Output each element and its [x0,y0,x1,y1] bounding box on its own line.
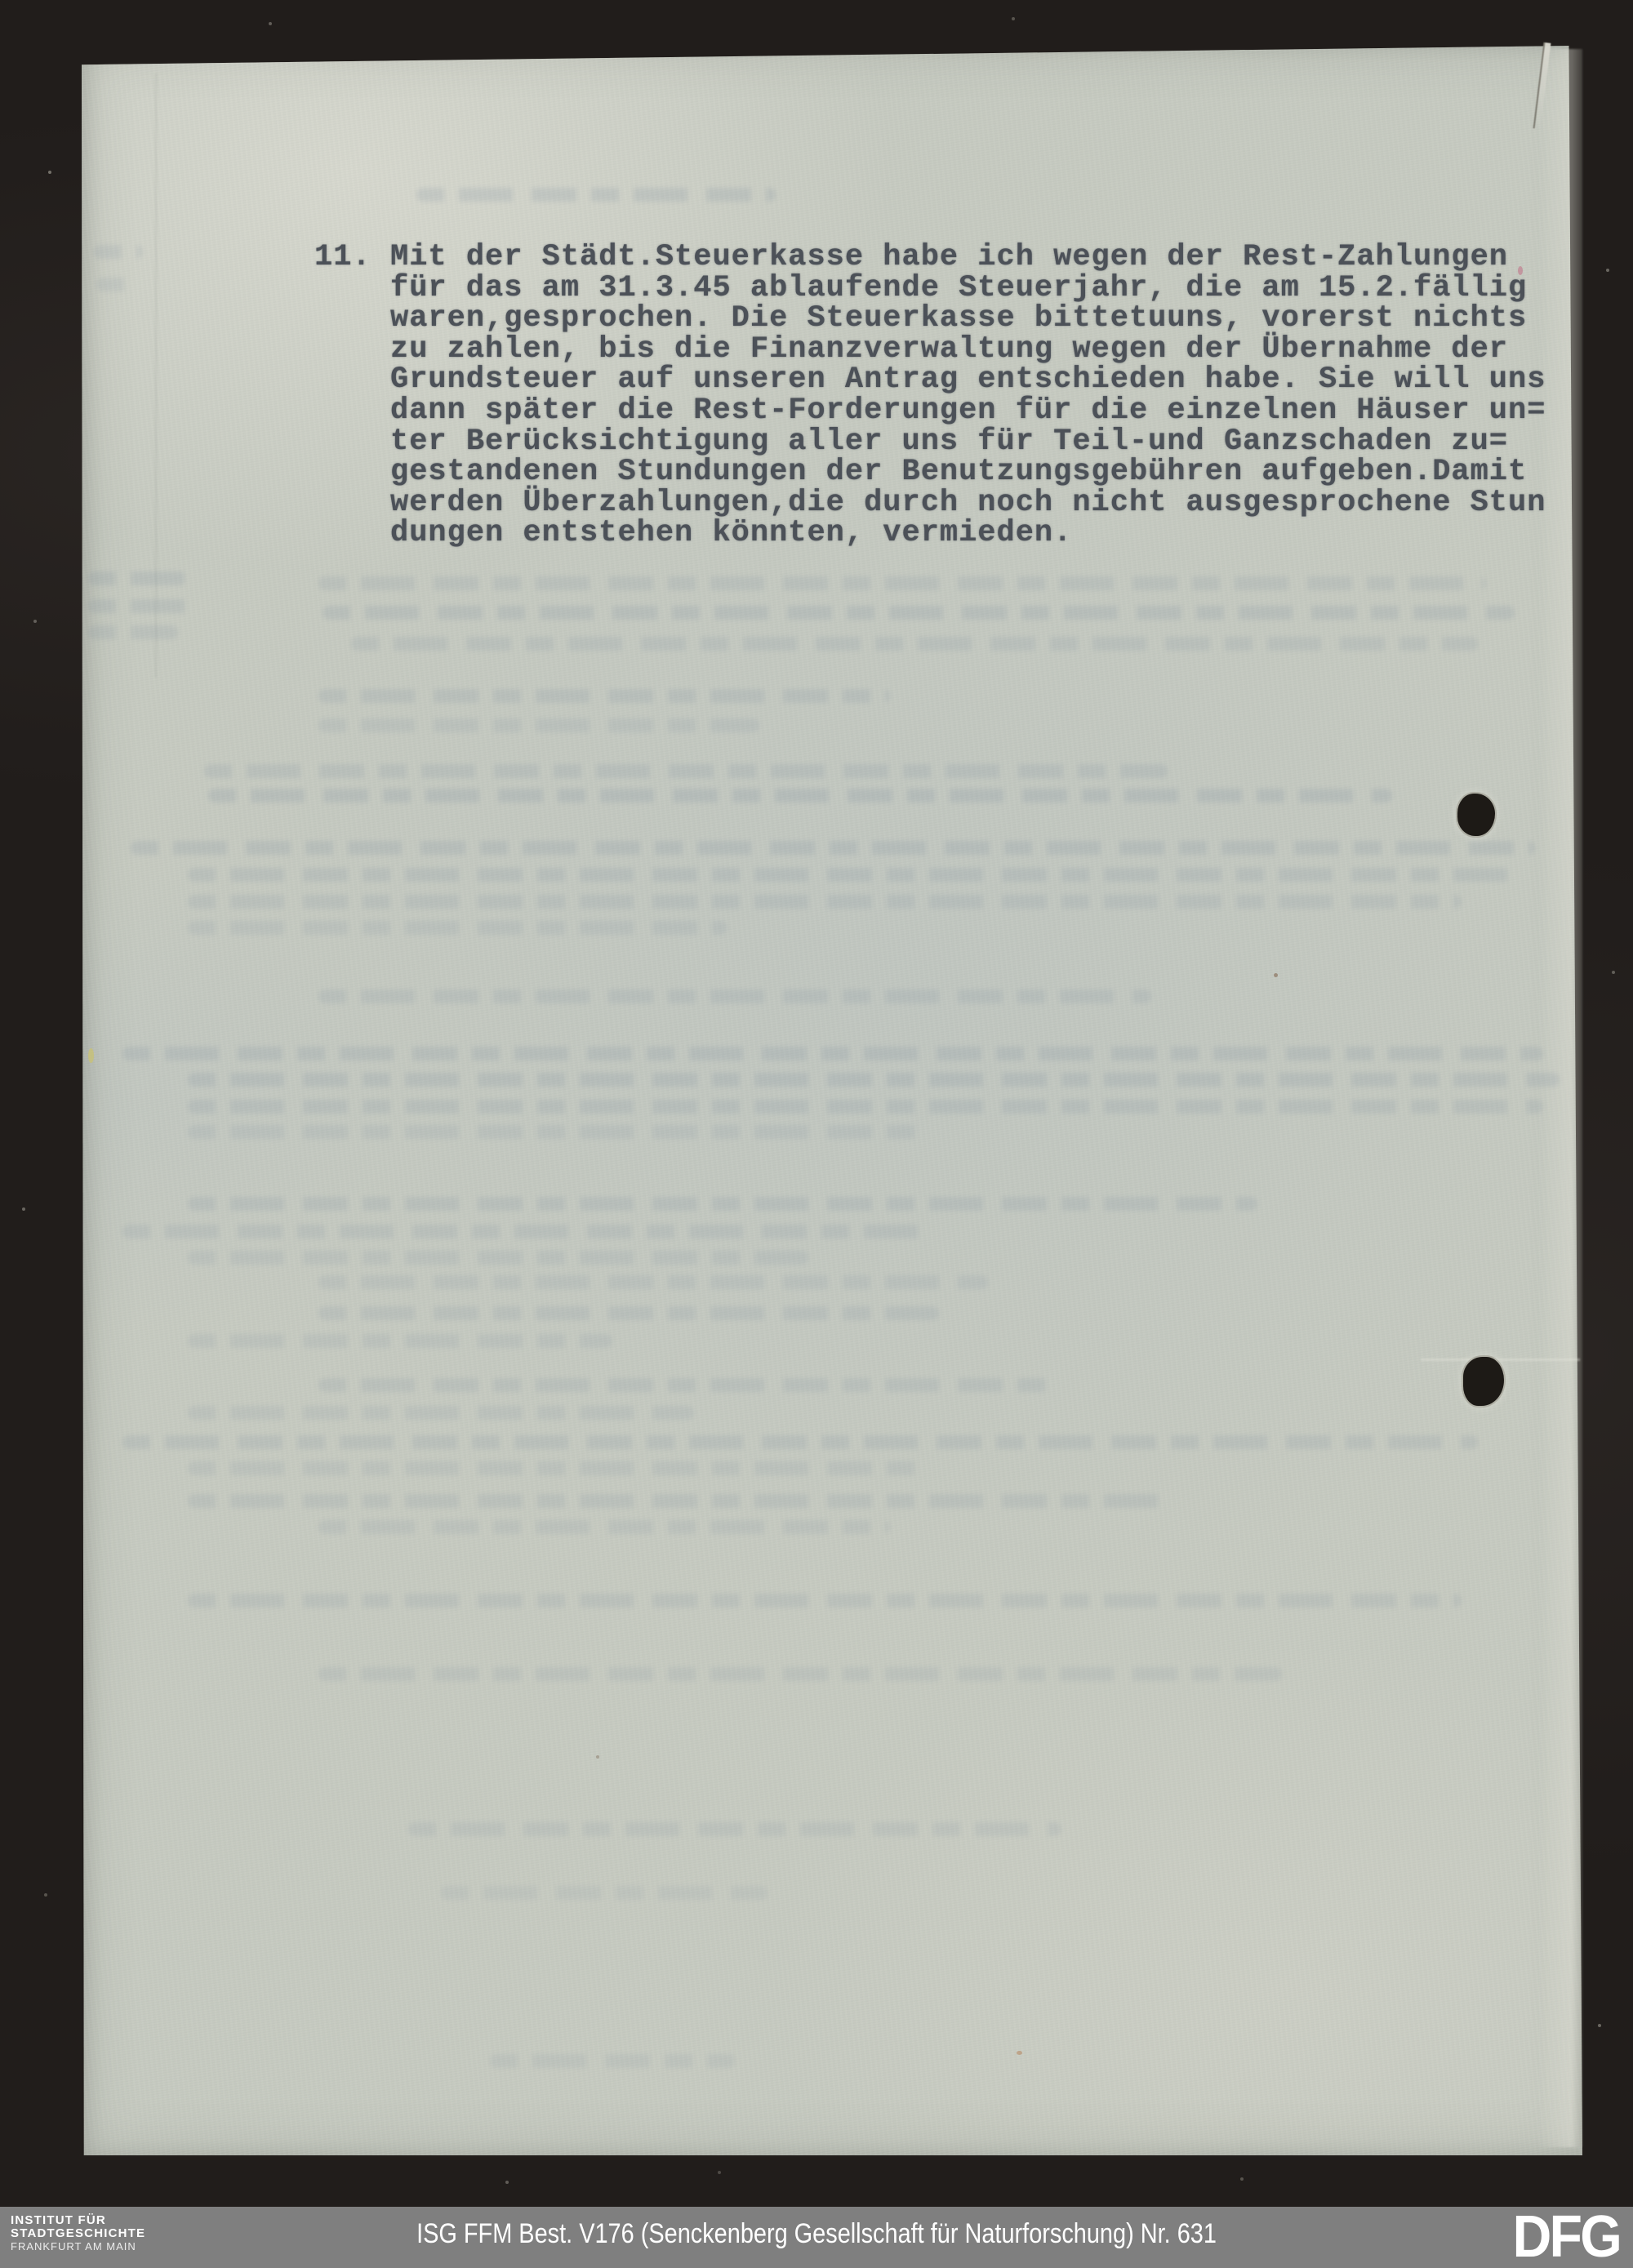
paragraph-line: dungen entstehen könnten, vermieden. [390,518,1572,549]
paper-crease [1421,1359,1580,1361]
dfg-logo: DFG [1512,2210,1620,2264]
paragraph-line: zu zahlen, bis die Finanzverwaltung wege… [390,335,1572,366]
paragraph-line: gestandenen Stundungen der Benutzungsgeb… [390,457,1572,488]
paragraph-line: ter Berücksichtigung aller uns für Teil-… [390,427,1572,458]
paragraph-line: für das am 31.3.45 ablaufende Steuerjahr… [390,273,1572,305]
institution-name-line1: INSTITUT FÜR [11,2214,145,2227]
typed-paragraph: 11.Mit der Städt.Steuerkasse habe ich we… [314,242,1572,549]
paragraph-line: Grundsteuer auf unseren Antrag entschied… [390,365,1572,396]
scan-viewport: { "paragraph": { "number": "11.", "lines… [0,0,1633,2268]
paragraph-line: dann später die Rest-Forderungen für die… [390,396,1572,427]
scanner-dust [0,0,2,2]
paragraph-line-text: Mit der Städt.Steuerkasse habe ich wegen… [390,240,1508,274]
footer-bar: INSTITUT FÜR STADTGESCHICHTE FRANKFURT A… [0,2207,1633,2268]
institution-name-line3: FRANKFURT AM MAIN [11,2240,145,2253]
paragraph-line: werden Überzahlungen,die durch noch nich… [390,488,1572,519]
archive-reference: ISG FFM Best. V176 (Senckenberg Gesellsc… [416,2218,1217,2250]
institution-name-line2: STADTGESCHICHTE [11,2227,145,2240]
institution-logo: INSTITUT FÜR STADTGESCHICHTE FRANKFURT A… [11,2214,145,2253]
paragraph-line: 11.Mit der Städt.Steuerkasse habe ich we… [314,242,1572,273]
paragraph-line: waren,gesprochen. Die Steuerkasse bittet… [390,304,1572,335]
paper-crease [155,73,157,678]
punch-hole-top [1457,794,1495,836]
item-number: 11. [314,242,390,273]
